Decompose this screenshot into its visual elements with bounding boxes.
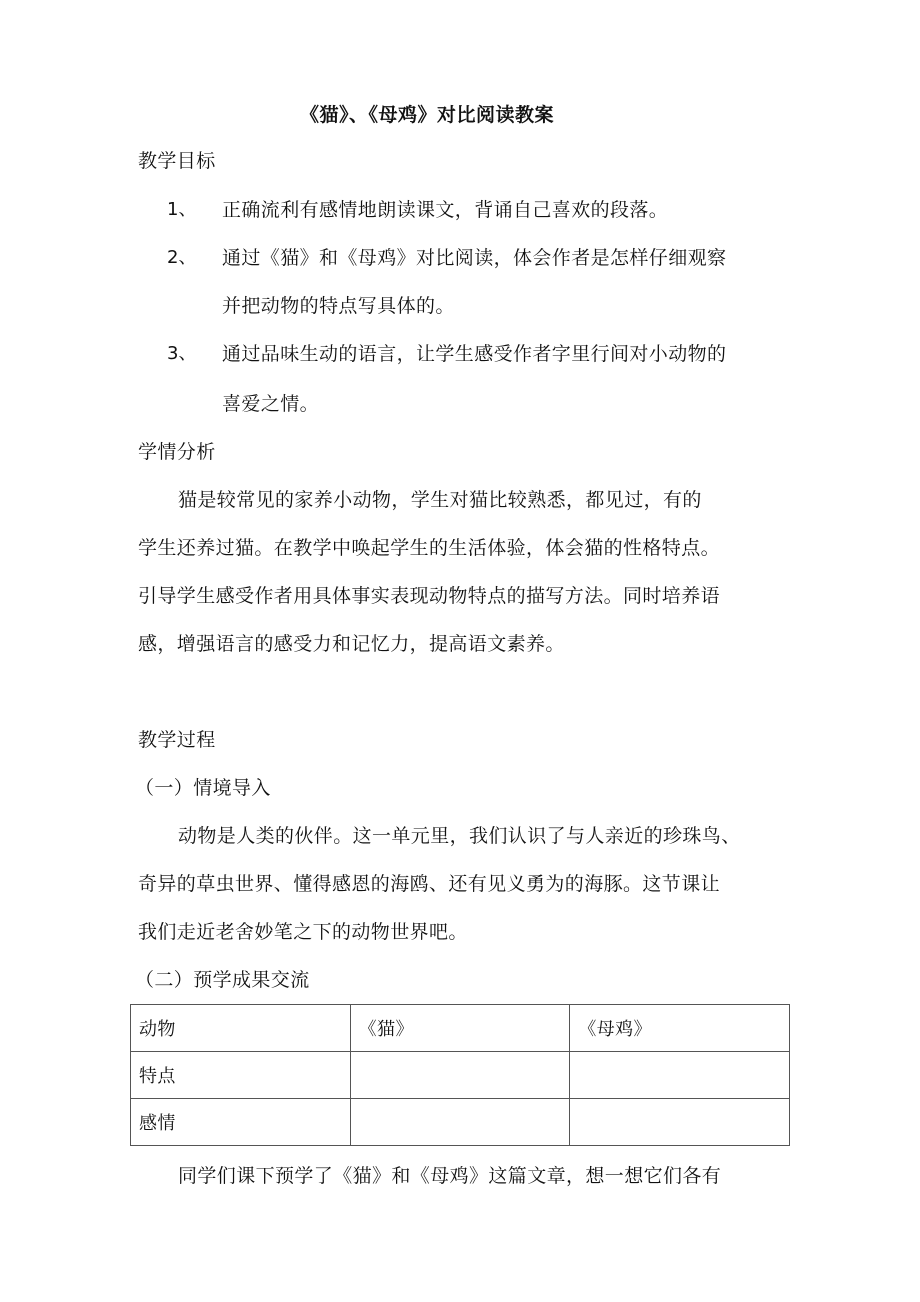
table-row: 感情 xyxy=(131,1099,790,1146)
step1-heading: （一）情境导入 xyxy=(135,776,271,800)
objective-text: 通过品味生动的语言，让学生感受作者字里行间对小动物的 xyxy=(222,342,726,366)
process-heading: 教学过程 xyxy=(138,728,216,752)
table-cell: 动物 xyxy=(131,1005,351,1052)
comparison-table: 动物 《猫》 《母鸡》 特点 感情 xyxy=(130,1004,790,1146)
table-cell: 感情 xyxy=(131,1099,351,1146)
table-header-row: 动物 《猫》 《母鸡》 xyxy=(131,1005,790,1052)
table-cell xyxy=(350,1099,570,1146)
table-cell xyxy=(570,1052,790,1099)
table-cell: 《母鸡》 xyxy=(570,1005,790,1052)
objective-number: 3、 xyxy=(167,342,196,366)
table-cell xyxy=(350,1052,570,1099)
table-cell xyxy=(570,1099,790,1146)
objectives-heading: 教学目标 xyxy=(138,149,216,173)
table-cell: 特点 xyxy=(131,1052,351,1099)
objective-text: 并把动物的特点写具体的。 xyxy=(222,294,455,318)
paragraph-line: 动物是人类的伙伴。这一单元里，我们认识了与人亲近的珍珠鸟、 xyxy=(178,824,741,848)
objective-text: 通过《猫》和《母鸡》对比阅读，体会作者是怎样仔细观察 xyxy=(222,246,726,270)
objective-text: 喜爱之情。 xyxy=(222,392,319,416)
table-cell: 《猫》 xyxy=(350,1005,570,1052)
document-title: 《猫》、《母鸡》对比阅读教案 xyxy=(300,103,554,127)
step2-heading: （二）预学成果交流 xyxy=(135,968,310,992)
objective-number: 2、 xyxy=(167,246,196,270)
objective-number: 1、 xyxy=(167,198,196,222)
objective-text: 正确流利有感情地朗读课文，背诵自己喜欢的段落。 xyxy=(222,198,668,222)
paragraph-line: 猫是较常见的家养小动物，学生对猫比较熟悉，都见过，有的 xyxy=(178,488,702,512)
paragraph-line: 引导学生感受作者用具体事实表现动物特点的描写方法。同时培养语 xyxy=(138,584,720,608)
paragraph-line: 同学们课下预学了《猫》和《母鸡》这篇文章，想一想它们各有 xyxy=(178,1164,721,1188)
paragraph-line: 奇异的草虫世界、懂得感恩的海鸥、还有见义勇为的海豚。这节课让 xyxy=(138,872,720,896)
paragraph-line: 感，增强语言的感受力和记忆力，提高语文素养。 xyxy=(138,632,565,656)
paragraph-line: 我们走近老舍妙笔之下的动物世界吧。 xyxy=(138,920,468,944)
analysis-heading: 学情分析 xyxy=(138,440,216,464)
paragraph-line: 学生还养过猫。在教学中唤起学生的生活体验，体会猫的性格特点。 xyxy=(138,536,720,560)
table-row: 特点 xyxy=(131,1052,790,1099)
